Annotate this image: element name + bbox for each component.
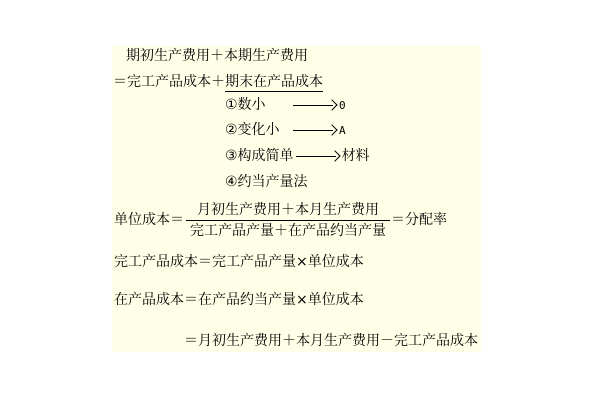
method-result: A xyxy=(339,124,346,137)
fraction-denominator: 完工产品产量＋在产品约当产量 xyxy=(186,221,390,239)
formula-line-1: 期初生产费用＋本期生产费用 xyxy=(126,48,308,64)
arrow-right-icon xyxy=(293,125,337,135)
method-item-1: ①数小0 xyxy=(225,97,346,114)
method-result: 材料 xyxy=(342,148,370,164)
method-item-2: ②变化小A xyxy=(225,122,346,139)
arrow-right-icon xyxy=(293,100,337,110)
formula-line-2-prefix: ＝完工产品成本＋ xyxy=(113,74,225,90)
method-result: 0 xyxy=(339,99,346,112)
unit-cost-rhs: ＝分配率 xyxy=(391,212,447,228)
wip-cost-alt-formula: ＝月初生产费用＋本月生产费用－完工产品成本 xyxy=(184,333,478,349)
formula-line-2: ＝完工产品成本＋期末在产品成本 xyxy=(113,74,323,90)
method-label: ④约当产量法 xyxy=(225,174,308,190)
arrow-right-icon xyxy=(296,151,340,161)
wip-cost-formula: 在产品成本＝在产品约当产量×单位成本 xyxy=(114,292,364,308)
method-label: ③构成简单 xyxy=(225,148,294,164)
ending-wip-cost-term: 期末在产品成本 xyxy=(225,74,323,92)
method-item-3: ③构成简单材料 xyxy=(225,148,370,164)
method-item-4: ④约当产量法 xyxy=(225,174,308,190)
unit-cost-fraction: 月初生产费用＋本月生产费用 完工产品产量＋在产品约当产量 xyxy=(186,202,390,239)
method-label: ②变化小 xyxy=(225,122,291,138)
fraction-numerator: 月初生产费用＋本月生产费用 xyxy=(186,202,390,220)
unit-cost-lhs: 单位成本＝ xyxy=(114,212,184,228)
method-label: ①数小 xyxy=(225,97,291,113)
finished-goods-cost-formula: 完工产品成本＝完工产品产量×单位成本 xyxy=(114,254,364,270)
